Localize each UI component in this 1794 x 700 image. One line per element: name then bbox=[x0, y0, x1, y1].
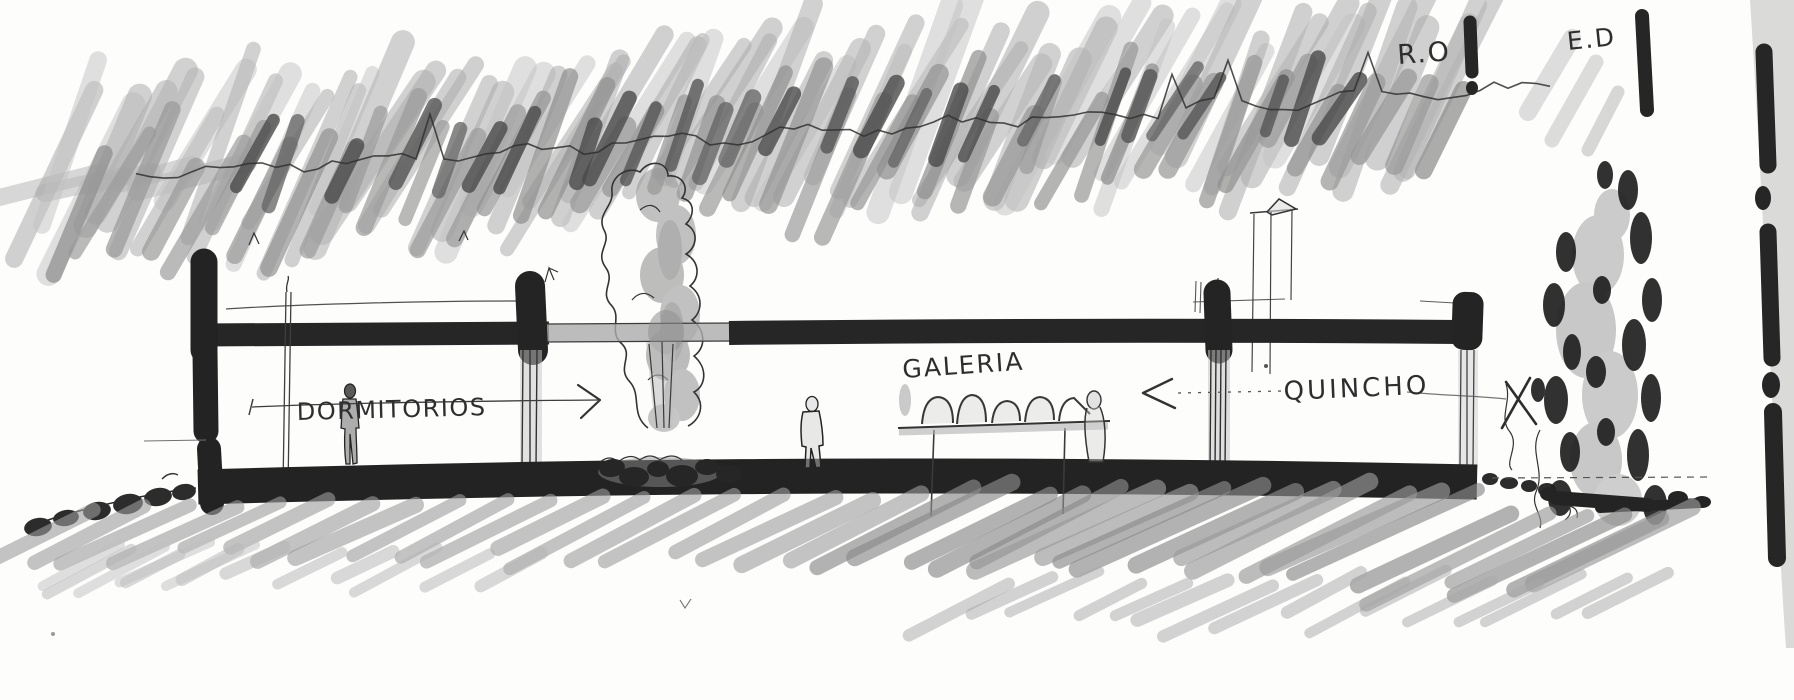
post-right-end bbox=[1458, 350, 1478, 469]
label-quincho: QUINCHO bbox=[1283, 371, 1430, 407]
post-dormitorios-right bbox=[520, 286, 542, 470]
beam-end-cap bbox=[1451, 291, 1484, 350]
label-ro: R.O bbox=[1396, 36, 1452, 71]
label-dormitorios: DORMITORIOS bbox=[296, 393, 486, 426]
marker-dash-ed bbox=[1642, 16, 1647, 110]
sketch-canvas: R.O E.D bbox=[0, 0, 1794, 700]
post-quincho-left bbox=[1208, 278, 1230, 470]
marker-dash-ro bbox=[1470, 22, 1472, 72]
label-ed: E.D bbox=[1566, 22, 1618, 56]
architectural-section-sketch: R.O E.D bbox=[0, 0, 1794, 700]
post-left bbox=[204, 262, 212, 503]
